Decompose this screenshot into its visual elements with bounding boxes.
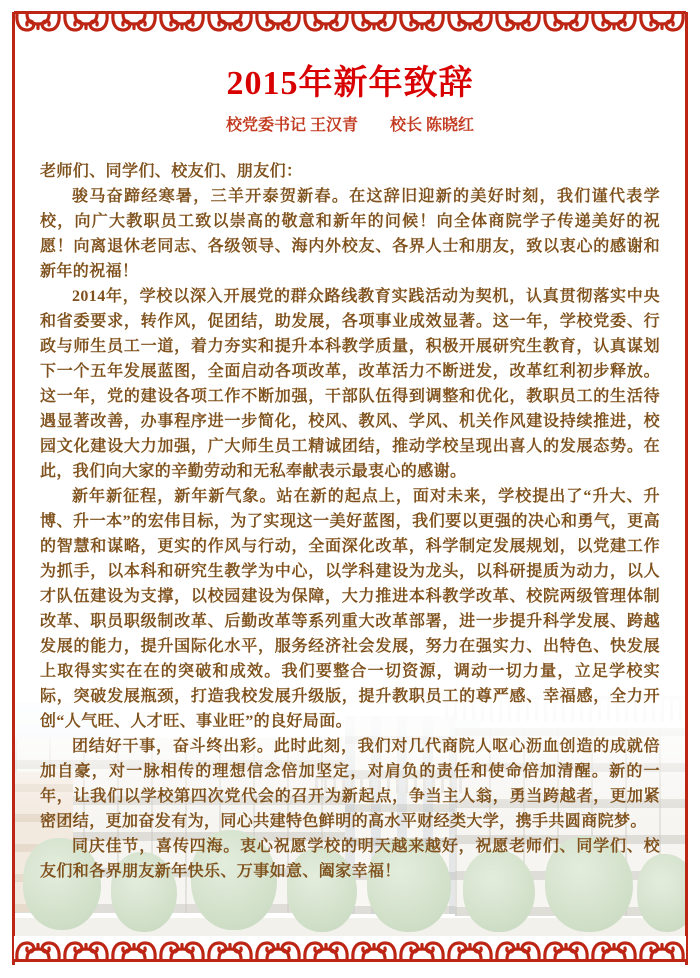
paragraph: 同庆佳节，喜传四海。衷心祝愿学校的明天越来越好，祝愿老师们、同学们、校友们和各界… — [40, 834, 660, 884]
scroll-ornament-top-icon — [14, 11, 686, 37]
salutation: 老师们、同学们、校友们、朋友们： — [40, 159, 660, 184]
paragraph: 团结好干事，奋斗终出彩。此时此刻，我们对几代商院人呕心沥血创造的成就倍加自豪，对… — [40, 734, 660, 834]
document-content: 2015年新年致辞 校党委书记 王汉青 校长 陈晓红 老师们、同学们、校友们、朋… — [40, 38, 660, 884]
byline: 校党委书记 王汉青 校长 陈晓红 — [40, 116, 660, 136]
paragraph: 骏马奋蹄经寒暑，三羊开泰贺新春。在这辞旧迎新的美好时刻，我们谨代表学校，向广大教… — [40, 184, 660, 284]
scroll-ornament-bottom-icon — [14, 936, 686, 962]
paragraph: 2014年，学校以深入开展党的群众路线教育实践活动为契机，认真贯彻落实中央和省委… — [40, 284, 660, 484]
new-year-address-page: 2015年新年致辞 校党委书记 王汉青 校长 陈晓红 老师们、同学们、校友们、朋… — [0, 0, 700, 978]
page-title: 2015年新年致辞 — [40, 64, 660, 104]
frame-right-line — [685, 12, 688, 965]
document-body: 老师们、同学们、校友们、朋友们： 骏马奋蹄经寒暑，三羊开泰贺新春。在这辞旧迎新的… — [40, 159, 660, 884]
frame-left-line — [12, 12, 15, 965]
paragraph: 新年新征程，新年新气象。站在新的起点上，面对未来，学校提出了“升大、升博、升一本… — [40, 484, 660, 734]
